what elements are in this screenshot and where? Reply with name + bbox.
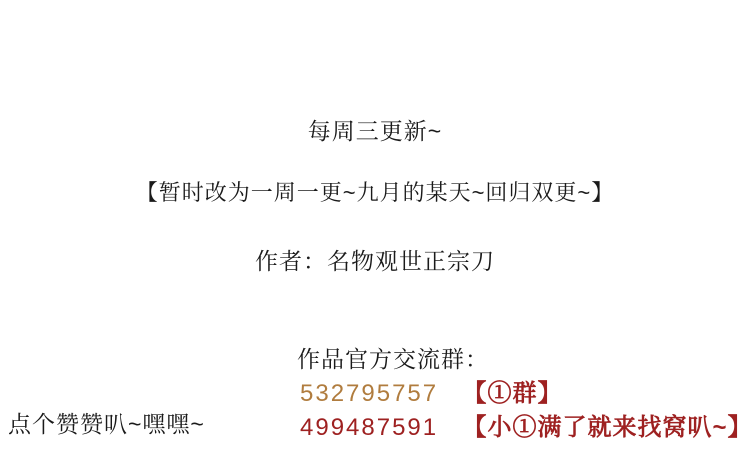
group-1-label: 【①群】 xyxy=(462,373,562,408)
group-2-label: 【小①满了就来找窝叭~】 xyxy=(462,407,750,442)
like-prompt-text: 点个赞赞叭~嘿嘿~ xyxy=(8,406,205,439)
update-schedule-text: 每周三更新~ xyxy=(0,113,750,146)
schedule-notice-text: 【暂时改为一周一更~九月的某天~回归双更~】 xyxy=(0,176,750,207)
end-card-page: { "content": { "update_schedule": "每周三更新… xyxy=(0,0,750,450)
group-row-2: 499487591 【小①满了就来找窝叭~】 xyxy=(300,407,750,442)
group-1-number: 532795757 xyxy=(300,380,430,408)
author-credit-text: 作者：名物观世正宗刀 xyxy=(0,243,750,276)
group-row-1: 532795757 【①群】 xyxy=(300,373,750,408)
groups-header-text: 作品官方交流群： xyxy=(297,341,489,374)
group-2-number: 499487591 xyxy=(300,414,430,442)
